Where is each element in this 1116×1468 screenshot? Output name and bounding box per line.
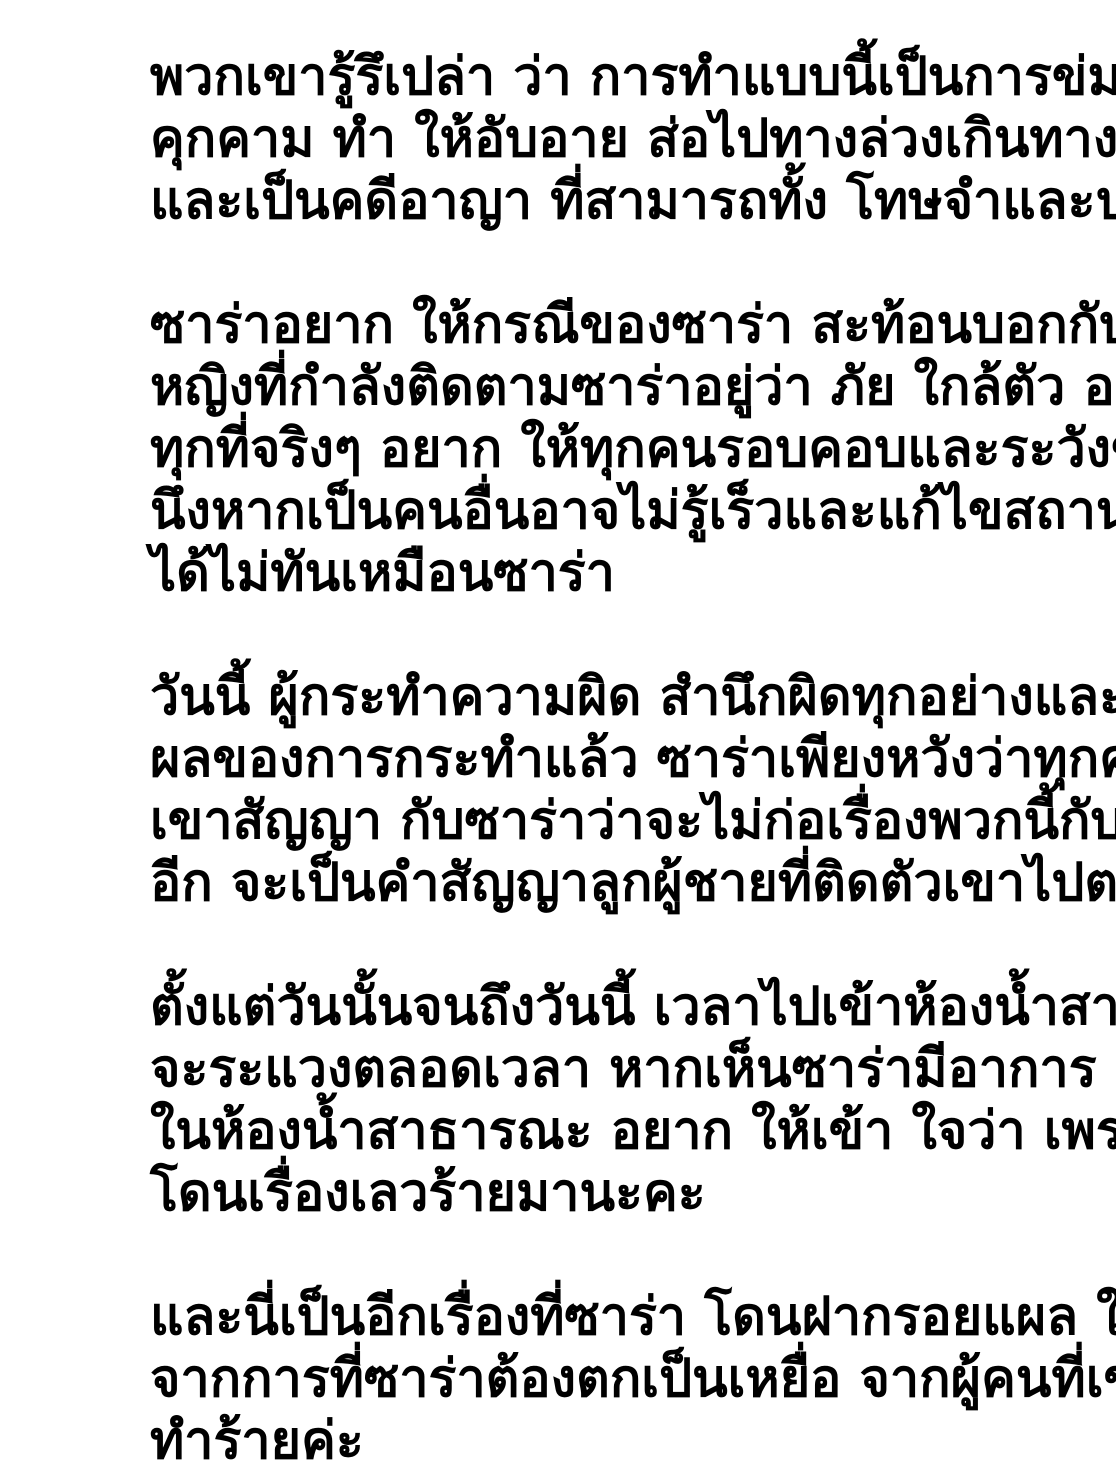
paragraph-4: ตั้งแต่วันนั้นจนถึงวันนี้ เวลาไปเข้าห้อง… xyxy=(150,976,1086,1224)
text-line: จะระแวงตลอดเวลา หากเห็นซาร่ามีอาการ แพนิ… xyxy=(150,1038,1086,1100)
text-line: ผลของการกระทำแล้ว ซาร่าเพียงหวังว่าทุกคำ… xyxy=(150,728,1086,790)
text-line: วันนี้ ผู้กระทำความผิด สำนึกผิดทุกอย่างแ… xyxy=(150,666,1086,728)
text-line: ทำร้ายค่ะ xyxy=(150,1410,1086,1468)
text-line: ได้ไม่ทันเหมือนซาร่า xyxy=(150,542,1086,604)
paragraph-2: ซาร่าอยาก ให้กรณีของซาร่า สะท้อนบอกกับผู… xyxy=(150,294,1086,604)
text-line: หญิงที่กำลังติดตามซาร่าอยู่ว่า ภัย ใกล้ต… xyxy=(150,356,1086,418)
text-line: เขาสัญญา กับซาร่าว่าจะไม่ก่อเรื่องพวกนี้… xyxy=(150,790,1086,852)
text-line: อีก จะเป็นคำสัญญาลูกผู้ชายที่ติดตัวเขาไป… xyxy=(150,852,1086,914)
text-line: โดนเรื่องเลวร้ายมานะคะ xyxy=(150,1162,1086,1224)
text-line: จากการที่ซาร่าต้องตกเป็นเหยื่อ จากผู้คนท… xyxy=(150,1348,1086,1410)
text-line: ซาร่าอยาก ให้กรณีของซาร่า สะท้อนบอกกับผู… xyxy=(150,294,1086,356)
text-line: ตั้งแต่วันนั้นจนถึงวันนี้ เวลาไปเข้าห้อง… xyxy=(150,976,1086,1038)
document-page: พวกเขารู้รึเปล่า ว่า การทำแบบนี้เป็นการข… xyxy=(0,0,1116,1468)
text-line: นึงหากเป็นคนอื่นอาจไม่รู้เร็วและแก้ไขสถา… xyxy=(150,480,1086,542)
text-line: พวกเขารู้รึเปล่า ว่า การทำแบบนี้เป็นการข… xyxy=(150,46,1086,108)
text-line: และเป็นคดีอาญา ที่สามารถทั้ง โทษจำและปรั… xyxy=(150,170,1086,232)
text-line: ในห้องน้ำสาธารณะ อยาก ให้เข้า ใจว่า เพรา… xyxy=(150,1100,1086,1162)
paragraph-3: วันนี้ ผู้กระทำความผิด สำนึกผิดทุกอย่างแ… xyxy=(150,666,1086,914)
text-line: คุกคาม ทำ ให้อับอาย ส่อไปทางล่วงเกินทางเ… xyxy=(150,108,1086,170)
paragraph-1: พวกเขารู้รึเปล่า ว่า การทำแบบนี้เป็นการข… xyxy=(150,46,1086,232)
paragraph-5: และนี่เป็นอีกเรื่องที่ซาร่า โดนฝากรอยแผล… xyxy=(150,1286,1086,1468)
text-line: และนี่เป็นอีกเรื่องที่ซาร่า โดนฝากรอยแผล… xyxy=(150,1286,1086,1348)
text-line: ทุกที่จริงๆ อยาก ให้ทุกคนรอบคอบและระวังข… xyxy=(150,418,1086,480)
